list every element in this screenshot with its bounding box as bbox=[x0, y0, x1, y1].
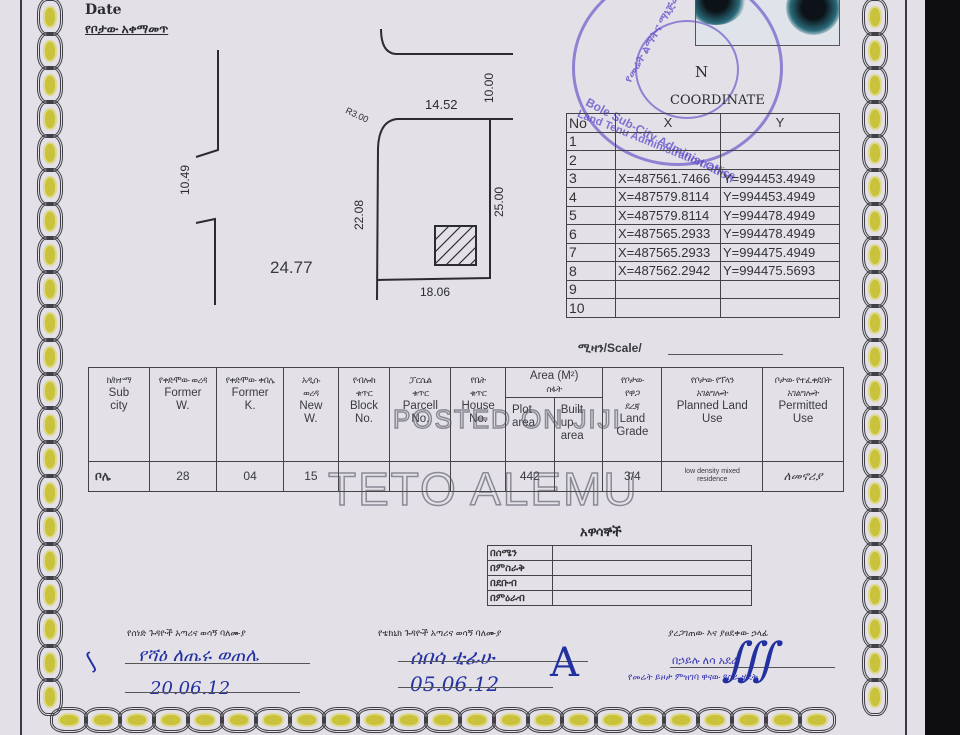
background-edge bbox=[925, 0, 960, 735]
header-planned-use: የቦታው የፕላን አገልግሎትPlanned Land Use bbox=[662, 368, 763, 462]
coordinate-x: X=487562.2942 bbox=[616, 262, 721, 281]
prepared-by-label: የሰነድ ጉዳዮች አጣሪና ወሳኝ ባለሙያ bbox=[127, 628, 246, 639]
title-deed-page: Date የቦታው አቀማመጥ 10.49 24.77 R3.00 14.52 … bbox=[0, 0, 925, 735]
coordinate-title: COORDINATE bbox=[670, 93, 765, 108]
header-area: Area (M²)ስፋት bbox=[506, 368, 603, 398]
neighbour-direction: በምዕራብ bbox=[488, 591, 553, 606]
coordinate-y: Y=994453.4949 bbox=[721, 188, 840, 207]
neighbour-row: በምስራቅ bbox=[488, 561, 752, 576]
coordinate-table: No X Y 123X=487561.7466Y=994453.49494X=4… bbox=[566, 113, 840, 318]
coordinate-y bbox=[721, 151, 840, 170]
neighbour-direction: በሰሜን bbox=[488, 546, 553, 561]
coordinate-y: Y=994475.4949 bbox=[721, 243, 840, 262]
header-permitted-use: ቦታው የተፈቀደበት አገልግሎትPermitted Use bbox=[763, 368, 844, 462]
coordinate-row: 6X=487565.2933Y=994478.4949 bbox=[567, 225, 840, 244]
neighbour-row: በደቡብ bbox=[488, 576, 752, 591]
coordinate-no: 3 bbox=[567, 169, 616, 188]
neighbour-row: በምዕራብ bbox=[488, 591, 752, 606]
neighbour-value bbox=[553, 591, 752, 606]
coordinate-x: X=487579.8114 bbox=[616, 206, 721, 225]
neighbour-direction: በደቡብ bbox=[488, 576, 553, 591]
neighbour-direction: በምስራቅ bbox=[488, 561, 553, 576]
col-y: Y bbox=[721, 114, 840, 133]
header-former-k: የቀድሞው ቀበሌFormer K. bbox=[217, 368, 284, 462]
coordinate-x bbox=[616, 132, 721, 151]
checked-by-signature: ሰበሳ ቲፊሁ bbox=[410, 645, 494, 669]
coordinate-x: X=487561.7466 bbox=[616, 169, 721, 188]
coordinate-no: 7 bbox=[567, 243, 616, 262]
neighbour-value bbox=[553, 576, 752, 591]
value-sub-city: ቦሌ bbox=[89, 462, 150, 492]
neighbours-title: አዋሳኞች bbox=[580, 524, 622, 540]
header-sub-city: ክ/ከተማSub city bbox=[89, 368, 150, 462]
coordinate-y: Y=994475.5693 bbox=[721, 262, 840, 281]
scale-field bbox=[668, 354, 783, 355]
prepared-by-date-line bbox=[125, 692, 300, 693]
coordinate-y: Y=994453.4949 bbox=[721, 169, 840, 188]
coordinate-row: 1 bbox=[567, 132, 840, 151]
neighbour-value bbox=[553, 546, 752, 561]
coordinate-row: 3X=487561.7466Y=994453.4949 bbox=[567, 169, 840, 188]
coordinate-x: X=487565.2933 bbox=[616, 225, 721, 244]
coordinate-y: Y=994478.4949 bbox=[721, 225, 840, 244]
value-permitted-use: ለመኖሪያ bbox=[763, 462, 844, 492]
north-label: N bbox=[695, 63, 708, 81]
dim-road-width: 24.77 bbox=[270, 258, 313, 278]
coordinate-no: 10 bbox=[567, 299, 616, 318]
value-former-w: 28 bbox=[149, 462, 216, 492]
coordinate-no: 5 bbox=[567, 206, 616, 225]
prepared-by-date: 20.06.12 bbox=[150, 678, 230, 699]
neighbours-table: በሰሜንበምስራቅበደቡብበምዕራብ bbox=[487, 545, 752, 606]
watermark-name: TETO ALEMU bbox=[328, 462, 639, 516]
prepared-by-line bbox=[125, 663, 310, 664]
coordinate-y bbox=[721, 132, 840, 151]
coordinate-header-row: No X Y bbox=[567, 114, 840, 133]
coordinate-row: 5X=487579.8114Y=994478.4949 bbox=[567, 206, 840, 225]
header-former-w: የቀድሞው ወረዳFormer W. bbox=[149, 368, 216, 462]
value-planned-use: low density mixed residence bbox=[662, 462, 763, 492]
coordinate-row: 2 bbox=[567, 151, 840, 170]
coordinate-row: 4X=487579.8114Y=994453.4949 bbox=[567, 188, 840, 207]
header-block-no: የብሎክ ቁጥርBlock No. bbox=[338, 368, 390, 462]
watermark-posted: POSTED ON JIJI bbox=[393, 404, 622, 435]
col-x: X bbox=[616, 114, 721, 133]
coordinate-y bbox=[721, 280, 840, 299]
header-new-w: አዲሱ ወረዳNew W. bbox=[284, 368, 338, 462]
coordinate-x: X=487579.8114 bbox=[616, 188, 721, 207]
coordinate-row: 10 bbox=[567, 299, 840, 318]
neighbour-row: በሰሜን bbox=[488, 546, 752, 561]
dim-left-side: 22.08 bbox=[352, 200, 366, 230]
checked-by-date: 05.06.12 bbox=[410, 672, 499, 696]
checked-by-label: የቴክኒክ ጉዳዮች አጣሪና ወሳኝ ባለሙያ bbox=[378, 628, 501, 639]
coordinate-no: 1 bbox=[567, 132, 616, 151]
neighbour-value bbox=[553, 561, 752, 576]
value-former-k: 04 bbox=[217, 462, 284, 492]
coordinate-x bbox=[616, 151, 721, 170]
coordinate-x bbox=[616, 299, 721, 318]
coordinate-y: Y=994478.4949 bbox=[721, 206, 840, 225]
coordinate-no: 9 bbox=[567, 280, 616, 299]
checked-by-date-line bbox=[398, 687, 553, 688]
coordinate-no: 6 bbox=[567, 225, 616, 244]
checked-by-initial: A bbox=[550, 640, 579, 686]
dim-bottom-side: 18.06 bbox=[420, 285, 450, 299]
coordinate-row: 7X=487565.2933Y=994475.4949 bbox=[567, 243, 840, 262]
coordinate-x bbox=[616, 280, 721, 299]
scale-label: ሚዛን/Scale/ bbox=[578, 341, 642, 356]
coordinate-no: 4 bbox=[567, 188, 616, 207]
dim-right-side: 25.00 bbox=[492, 187, 506, 217]
coordinate-x: X=487565.2933 bbox=[616, 243, 721, 262]
dim-top-side: 14.52 bbox=[425, 97, 458, 112]
col-no: No bbox=[567, 114, 616, 133]
coordinate-row: 9 bbox=[567, 280, 840, 299]
dim-top-offset: 10.00 bbox=[482, 73, 496, 103]
coordinate-no: 2 bbox=[567, 151, 616, 170]
approved-by-signature: ∭ bbox=[720, 632, 786, 686]
coordinate-row: 8X=487562.2942Y=994475.5693 bbox=[567, 262, 840, 281]
dim-left-gap: 10.49 bbox=[178, 165, 192, 195]
coordinate-no: 8 bbox=[567, 262, 616, 281]
coordinate-y bbox=[721, 299, 840, 318]
